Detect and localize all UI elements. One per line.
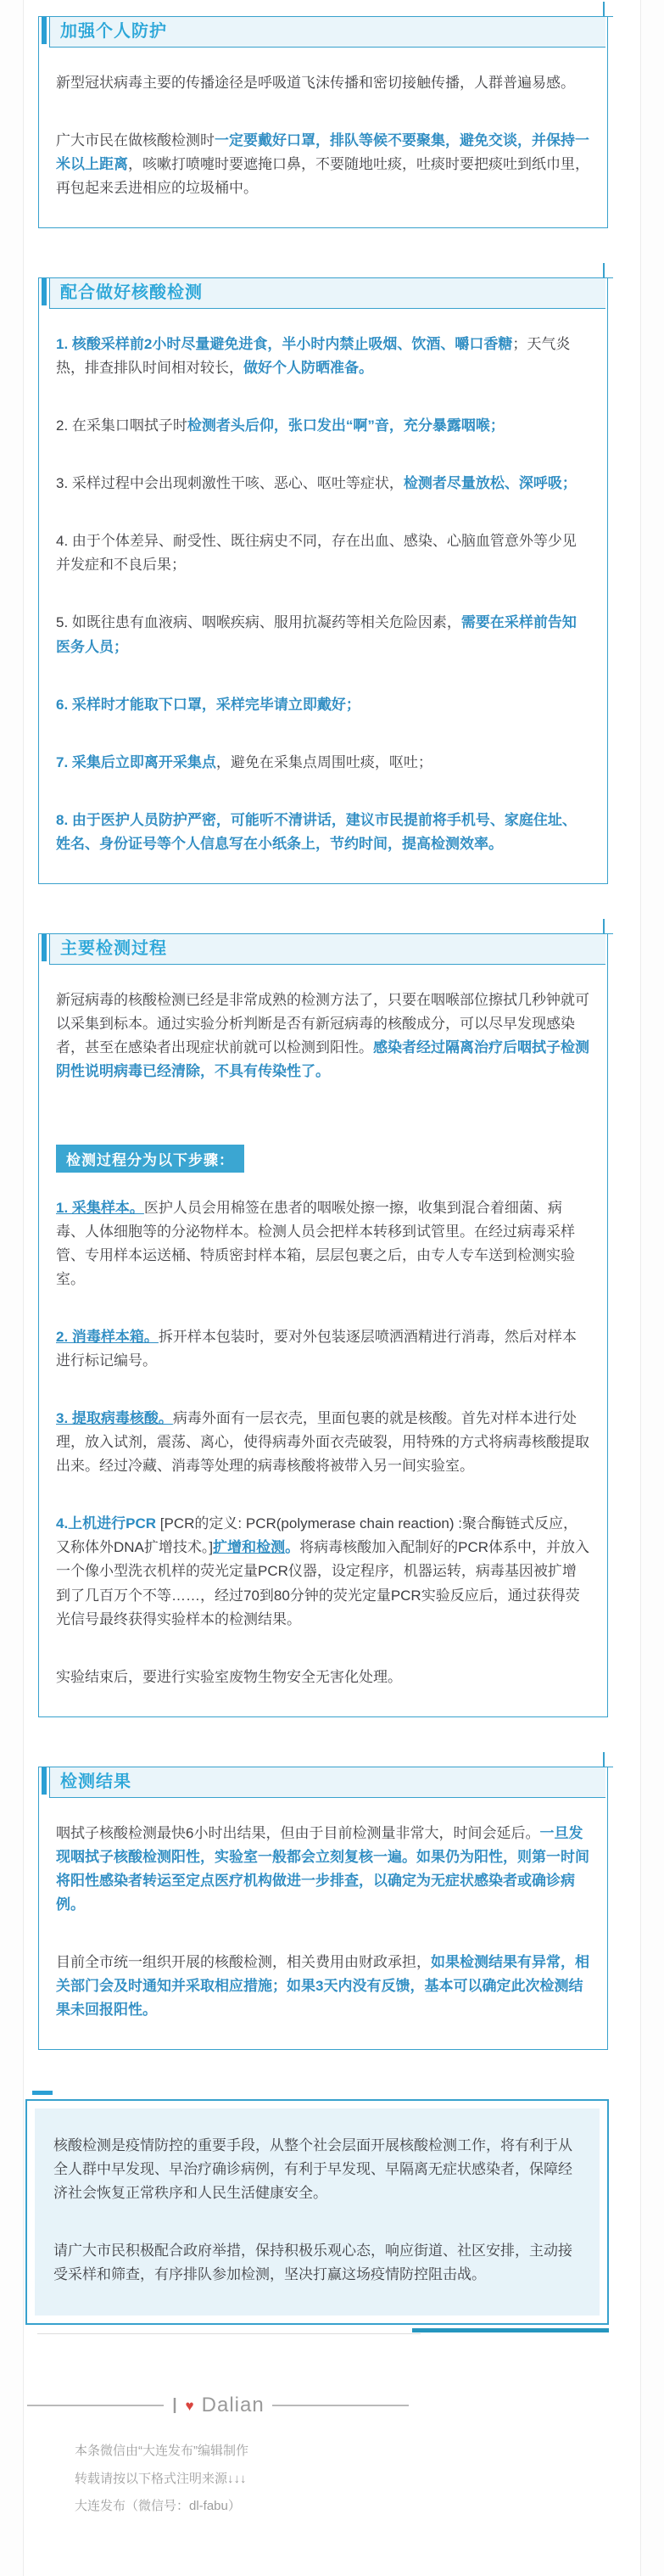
paragraph: 7. 采集后立即离开采集点，避免在采集点周围吐痰，呕吐； [56, 751, 590, 775]
section-title: 主要检测过程 [60, 938, 595, 960]
text-segment: 新型冠状病毒主要的传播途径是呼吸道飞沫传播和密切接触传播，人群普遍易感。 [56, 75, 575, 91]
heart-icon: ♥ [186, 2399, 194, 2413]
logo-letter-i: I [171, 2394, 177, 2416]
article-container: 加强个人防护新型冠状病毒主要的传播途径是呼吸道飞沫传播和密切接触传播，人群普遍易… [23, 0, 641, 2576]
text-segment: 。 [285, 1539, 299, 1555]
section-body: 1. 核酸采样前2小时尽量避免进食，半小时内禁止吸烟、饮酒、嚼口香糖；天气炎热，… [39, 309, 607, 883]
text-segment: ，咳嗽打喷嚏时要遮掩口鼻，不要随地吐痰，吐痰时要把痰吐到纸巾里，再包起来丢进相应… [56, 156, 589, 196]
credit-line: 大连发布（微信号：dl-fabu） [75, 2497, 640, 2517]
text-segment: 3. 提取病毒核酸。 [56, 1410, 173, 1426]
section-card-testing-process: 主要检测过程新冠病毒的核酸检测已经是非常成熟的检测方法了，只要在咽喉部位擦拭几秒… [38, 933, 608, 1717]
credit-line: 本条微信由“大连发布”编辑制作 [75, 2442, 640, 2461]
text-segment: 检测者尽量放松、深呼吸； [404, 475, 577, 491]
text-segment: ，避免在采集点周围吐痰，呕吐； [216, 754, 432, 770]
summary-box: 核酸检测是疫情防控的重要手段，从整个社会层面开展核酸检测工作，将有利于从全人群中… [25, 2099, 609, 2325]
paragraph: 广大市民在做核酸检测时一定要戴好口罩，排队等候不要聚集，避免交谈，并保持一米以上… [56, 129, 590, 200]
section-card-cooperate-testing: 配合做好核酸检测1. 核酸采样前2小时尽量避免进食，半小时内禁止吸烟、饮酒、嚼口… [38, 277, 608, 884]
text-segment: 4.上机进行PCR [56, 1515, 156, 1532]
summary-gray-line [37, 2333, 421, 2334]
paragraph: 4.上机进行PCR [PCR的定义: PCR(polymerase chain … [56, 1512, 590, 1631]
section-body: 新型冠状病毒主要的传播途径是呼吸道飞沫传播和密切接触传播，人群普遍易感。广大市民… [39, 48, 607, 227]
paragraph: 新型冠状病毒主要的传播途径是呼吸道飞沫传播和密切接触传播，人群普遍易感。 [56, 71, 590, 95]
logo-divider-left [27, 2405, 164, 2406]
section-accent-bar [42, 17, 47, 44]
paragraph: 3. 采样过程中会出现刺激性干咳、恶心、呕吐等症状，检测者尽量放松、深呼吸； [56, 472, 590, 496]
process-steps-label: 检测过程分为以下步骤： [56, 1145, 244, 1173]
text-segment: 做好个人防晒准备。 [243, 360, 373, 376]
text-segment: 1. 核酸采样前2小时尽量避免进食，半小时内禁止吸烟、饮酒、嚼口香糖 [56, 336, 512, 352]
sections: 加强个人防护新型冠状病毒主要的传播途径是呼吸道飞沫传播和密切接触传播，人群普遍易… [24, 16, 640, 2050]
text-segment: 5. 如既往患有血液病、咽喉疾病、服用抗凝药等相关危险因素， [56, 614, 461, 630]
paragraph: 新冠病毒的核酸检测已经是非常成熟的检测方法了，只要在咽喉部位擦拭几秒钟就可以采集… [56, 988, 590, 1084]
text-segment: 6. 采样时才能取下口罩，采样完毕请立即戴好； [56, 697, 360, 713]
section-accent-bar [42, 934, 47, 961]
dalian-logo: I ♥ Dalian [27, 2394, 409, 2416]
summary-dash-decoration [32, 2091, 53, 2095]
section-body: 新冠病毒的核酸检测已经是非常成熟的检测方法了，只要在咽喉部位擦拭几秒钟就可以采集… [39, 965, 607, 1716]
paragraph: 8. 由于医护人员防护严密，可能听不清讲话，建议市民提前将手机号、家庭住址、姓名… [56, 809, 590, 856]
section-accent-bar [42, 278, 47, 305]
paragraph: 5. 如既往患有血液病、咽喉疾病、服用抗凝药等相关危险因素，需要在采样前告知医务… [56, 611, 590, 658]
section-card-personal-protection: 加强个人防护新型冠状病毒主要的传播途径是呼吸道飞沫传播和密切接触传播，人群普遍易… [38, 16, 608, 228]
paragraph: 2. 消毒样本箱。拆开样本包装时，要对外包装逐层喷洒酒精进行消毒，然后对样本进行… [56, 1325, 590, 1373]
section-card-testing-result: 检测结果咽拭子核酸检测最快6小时出结果，但由于目前检测量非常大，时间会延后。一旦… [38, 1767, 608, 2050]
section-body: 咽拭子核酸检测最快6小时出结果，但由于目前检测量非常大，时间会延后。一旦发现咽拭… [39, 1798, 607, 2049]
text-segment: 4. 由于个体差异、耐受性、既往病史不同，存在出血、感染、心脑血管意外等少见并发… [56, 533, 577, 573]
text-segment: 2. 消毒样本箱。 [56, 1329, 159, 1345]
text-segment: 8. 由于医护人员防护严密，可能听不清讲话，建议市民提前将手机号、家庭住址、姓名… [56, 812, 577, 852]
text-segment: 2. 在采集口咽拭子时 [56, 417, 187, 434]
credit-line: 转载请按以下格式注明来源↓↓↓ [75, 2470, 640, 2489]
text-segment: 实验结束后，要进行实验室废物生物安全无害化处理。 [56, 1669, 402, 1685]
text-segment: 1. 采集样本。 [56, 1200, 144, 1216]
logo-divider-right [272, 2405, 409, 2406]
section-header: 检测结果 [49, 1767, 605, 1798]
section-header: 配合做好核酸检测 [49, 278, 605, 309]
section-title: 配合做好核酸检测 [60, 282, 595, 304]
text-segment: 扩增和检测 [213, 1539, 285, 1555]
section-title: 加强个人防护 [60, 20, 595, 42]
footer-credits: 本条微信由“大连发布”编辑制作 转载请按以下格式注明来源↓↓↓ 大连发布（微信号… [75, 2442, 640, 2517]
paragraph: 目前全市统一组织开展的核酸检测，相关费用由财政承担，如果检测结果有异常，相关部门… [56, 1951, 590, 2022]
text-segment: 目前全市统一组织开展的核酸检测，相关费用由财政承担， [56, 1954, 431, 1970]
summary-underline-bar [412, 2328, 609, 2332]
paragraph: 6. 采样时才能取下口罩，采样完毕请立即戴好； [56, 693, 590, 717]
section-header: 加强个人防护 [49, 17, 605, 48]
text-segment: 3. 采样过程中会出现刺激性干咳、恶心、呕吐等症状， [56, 475, 404, 491]
section-accent-bar [42, 1767, 47, 1795]
text-segment: 检测者头后仰，张口发出“啊”音，充分暴露咽喉； [187, 417, 505, 434]
paragraph: 3. 提取病毒核酸。病毒外面有一层衣壳，里面包裹的就是核酸。首先对样本进行处理，… [56, 1407, 590, 1478]
paragraph: 实验结束后，要进行实验室废物生物安全无害化处理。 [56, 1666, 590, 1689]
section-header: 主要检测过程 [49, 934, 605, 965]
article-page: 加强个人防护新型冠状病毒主要的传播途径是呼吸道飞沫传播和密切接触传播，人群普遍易… [0, 0, 664, 2576]
logo-city-name: Dalian [202, 2395, 265, 2416]
text-segment: 咽拭子核酸检测最快6小时出结果，但由于目前检测量非常大，时间会延后。 [56, 1825, 539, 1841]
paragraph: 咽拭子核酸检测最快6小时出结果，但由于目前检测量非常大，时间会延后。一旦发现咽拭… [56, 1822, 590, 1917]
section-title: 检测结果 [60, 1771, 595, 1793]
paragraph: 4. 由于个体差异、耐受性、既往病史不同，存在出血、感染、心脑血管意外等少见并发… [56, 529, 590, 577]
summary-paragraph: 请广大市民积极配合政府举措，保持积极乐观心态，响应街道、社区安排，主动接受采样和… [53, 2239, 581, 2287]
text-segment: 广大市民在做核酸检测时 [56, 132, 215, 148]
paragraph: 1. 采集样本。医护人员会用棉签在患者的咽喉处擦一擦，收集到混合着细菌、病毒、人… [56, 1196, 590, 1291]
summary-inner-panel: 核酸检测是疫情防控的重要手段，从整个社会层面开展核酸检测工作，将有利于从全人群中… [35, 2108, 600, 2316]
paragraph: 2. 在采集口咽拭子时检测者头后仰，张口发出“啊”音，充分暴露咽喉； [56, 414, 590, 438]
text-segment: 7. 采集后立即离开采集点 [56, 754, 216, 770]
paragraph: 1. 核酸采样前2小时尽量避免进食，半小时内禁止吸烟、饮酒、嚼口香糖；天气炎热，… [56, 333, 590, 380]
summary-paragraph: 核酸检测是疫情防控的重要手段，从整个社会层面开展核酸检测工作，将有利于从全人群中… [53, 2134, 581, 2205]
